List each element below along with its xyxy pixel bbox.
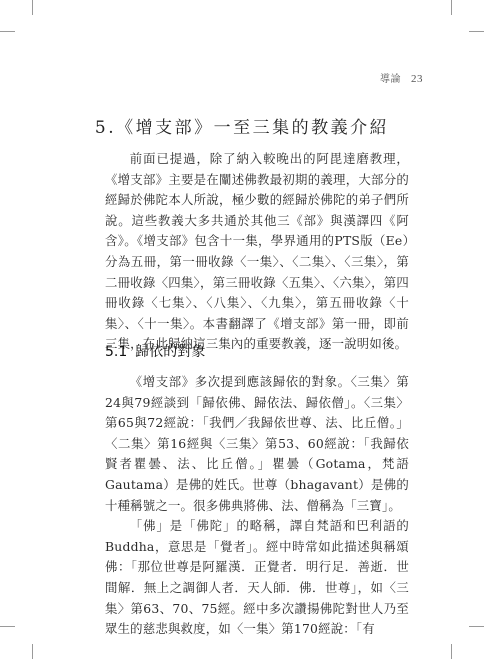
section-number: 5.1	[105, 344, 127, 360]
intro-paragraph: 前面已提過，除了納入較晚出的阿毘達磨教理，《增支部》主要是在闡述佛教最初期的義理…	[105, 149, 409, 355]
section-text-block: 《增支部》多次提到應該歸依的對象。〈三集〉第24與79經談到「歸依佛、歸依法、歸…	[105, 372, 409, 640]
section-paragraph-1: 《增支部》多次提到應該歸依的對象。〈三集〉第24與79經談到「歸依佛、歸依法、歸…	[105, 372, 409, 516]
crop-mark-top-left-horizontal	[0, 31, 15, 32]
crop-mark-bottom-right-horizontal	[469, 626, 484, 627]
page-number: 23	[411, 73, 423, 85]
section-heading: 5.1歸依的對象	[105, 341, 205, 361]
crop-mark-top-right-horizontal	[469, 31, 484, 32]
crop-mark-top-right-vertical	[451, 0, 452, 15]
running-head: 導論23	[380, 70, 423, 85]
chapter-title: 5.《增支部》一至三集的教義介紹	[0, 113, 484, 138]
crop-mark-bottom-right-vertical	[451, 644, 452, 659]
section-title: 歸依的對象	[135, 344, 205, 360]
section-paragraph-2: 「佛」是「佛陀」的略稱，譯自梵語和巴利語的Buddha，意思是「覺者」。經中時常…	[105, 516, 409, 640]
running-head-section: 導論	[380, 74, 401, 85]
crop-mark-top-left-vertical	[32, 0, 33, 15]
intro-text-block: 前面已提過，除了納入較晚出的阿毘達磨教理，《增支部》主要是在闡述佛教最初期的義理…	[105, 149, 409, 355]
crop-mark-bottom-left-vertical	[32, 644, 33, 659]
crop-mark-bottom-left-horizontal	[0, 626, 15, 627]
